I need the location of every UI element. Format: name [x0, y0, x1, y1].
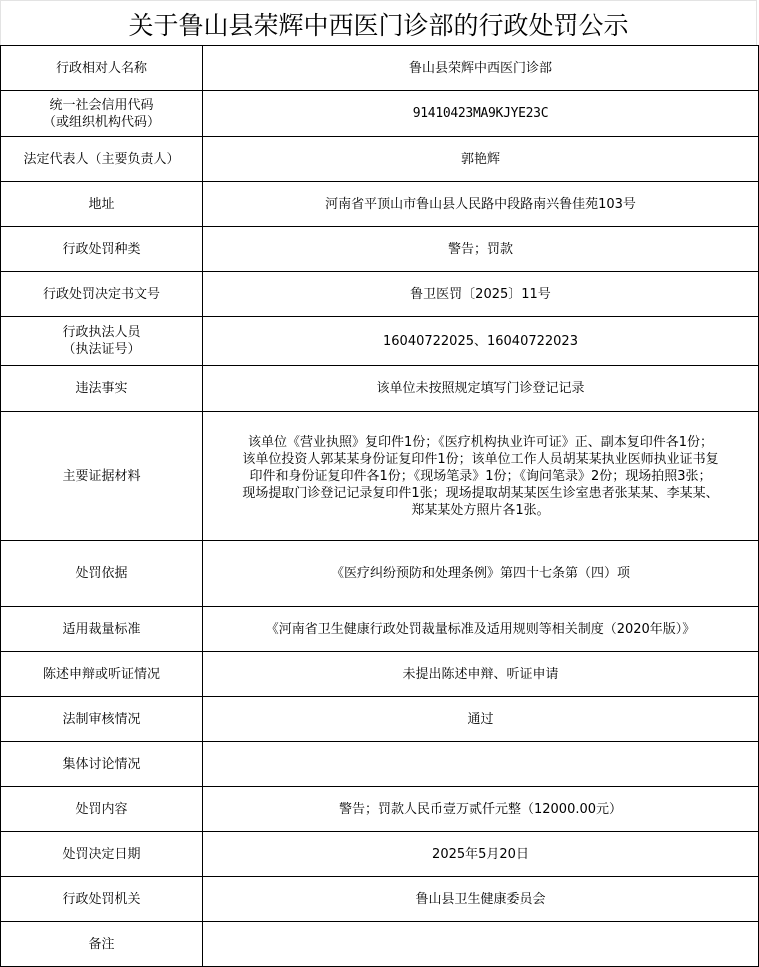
table-row-collective-discussion: 集体讨论情况: [1, 742, 759, 787]
table-row-legal-review: 法制审核情况 通过: [1, 697, 759, 742]
row-label: 适用裁量标准: [1, 607, 203, 652]
row-value: 鲁山县卫生健康委员会: [203, 877, 759, 922]
label-line: （执法证号）: [5, 341, 198, 358]
row-value: 该单位《营业执照》复印件1份；《医疗机构执业许可证》正、副本复印件各1份； 该单…: [203, 412, 759, 541]
row-label: 违法事实: [1, 366, 203, 412]
evidence-line: 郑某某处方照片各1张。: [205, 502, 756, 519]
table-row-legal-basis: 处罚依据 《医疗纠纷预防和处理条例》第四十七条第（四）项: [1, 541, 759, 607]
evidence-line: 印件和身份证复印件各1份；《现场笔录》1份；《询问笔录》2份；现场拍照3张；: [205, 468, 756, 485]
evidence-line: 该单位《营业执照》复印件1份；《医疗机构执业许可证》正、副本复印件各1份；: [205, 434, 756, 451]
row-value: 《医疗纠纷预防和处理条例》第四十七条第（四）项: [203, 541, 759, 607]
table-row-legal-rep: 法定代表人（主要负责人） 郭艳辉: [1, 137, 759, 182]
row-label: 处罚决定日期: [1, 832, 203, 877]
row-value: 2025年5月20日: [203, 832, 759, 877]
row-value: [203, 922, 759, 967]
table-row-evidence: 主要证据材料 该单位《营业执照》复印件1份；《医疗机构执业许可证》正、副本复印件…: [1, 412, 759, 541]
row-value: 通过: [203, 697, 759, 742]
row-value: 《河南省卫生健康行政处罚裁量标准及适用规则等相关制度（2020年版）》: [203, 607, 759, 652]
row-label: 统一社会信用代码 （或组织机构代码）: [1, 91, 203, 137]
table-row-defense-hearing: 陈述申辩或听证情况 未提出陈述申辩、听证申请: [1, 652, 759, 697]
row-value: 鲁卫医罚〔2025〕11号: [203, 272, 759, 317]
row-value: 警告；罚款人民币壹万贰仟元整（12000.00元）: [203, 787, 759, 832]
row-value: 警告；罚款: [203, 227, 759, 272]
row-value: 郭艳辉: [203, 137, 759, 182]
label-line: 行政执法人员: [5, 324, 198, 341]
row-label: 地址: [1, 182, 203, 227]
table-row-discretion-standard: 适用裁量标准 《河南省卫生健康行政处罚裁量标准及适用规则等相关制度（2020年版…: [1, 607, 759, 652]
table-row-remarks: 备注: [1, 922, 759, 967]
row-label: 处罚内容: [1, 787, 203, 832]
table-row-decision-date: 处罚决定日期 2025年5月20日: [1, 832, 759, 877]
row-value: 未提出陈述申辩、听证申请: [203, 652, 759, 697]
table-row-enforcement-officers: 行政执法人员 （执法证号） 16040722025、16040722023: [1, 317, 759, 366]
row-label: 处罚依据: [1, 541, 203, 607]
row-value: 鲁山县荣辉中西医门诊部: [203, 46, 759, 91]
row-value: 16040722025、16040722023: [203, 317, 759, 366]
table-row-penalty-type: 行政处罚种类 警告；罚款: [1, 227, 759, 272]
table-row-violation-facts: 违法事实 该单位未按照规定填写门诊登记记录: [1, 366, 759, 412]
row-value: 河南省平顶山市鲁山县人民路中段路南兴鲁佳苑103号: [203, 182, 759, 227]
row-label: 陈述申辩或听证情况: [1, 652, 203, 697]
penalty-notice-sheet: 关于鲁山县荣辉中西医门诊部的行政处罚公示 行政相对人名称 鲁山县荣辉中西医门诊部…: [0, 0, 759, 967]
row-label: 行政相对人名称: [1, 46, 203, 91]
evidence-line: 该单位投资人郭某某身份证复印件1份；该单位工作人员胡某某执业医师执业证书复: [205, 451, 756, 468]
label-line: 统一社会信用代码: [5, 97, 198, 114]
row-label: 行政处罚种类: [1, 227, 203, 272]
row-label: 行政执法人员 （执法证号）: [1, 317, 203, 366]
row-label: 备注: [1, 922, 203, 967]
row-value: 该单位未按照规定填写门诊登记记录: [203, 366, 759, 412]
table-row-address: 地址 河南省平顶山市鲁山县人民路中段路南兴鲁佳苑103号: [1, 182, 759, 227]
row-value: 91410423MA9KJYE23C: [203, 91, 759, 137]
row-label: 主要证据材料: [1, 412, 203, 541]
table-row-penalty-authority: 行政处罚机关 鲁山县卫生健康委员会: [1, 877, 759, 922]
row-label: 集体讨论情况: [1, 742, 203, 787]
row-label: 行政处罚决定书文号: [1, 272, 203, 317]
table-row-party-name: 行政相对人名称 鲁山县荣辉中西医门诊部: [1, 46, 759, 91]
page-title: 关于鲁山县荣辉中西医门诊部的行政处罚公示: [128, 4, 628, 42]
row-label: 行政处罚机关: [1, 877, 203, 922]
penalty-notice-table: 行政相对人名称 鲁山县荣辉中西医门诊部 统一社会信用代码 （或组织机构代码） 9…: [0, 45, 759, 967]
row-label: 法制审核情况: [1, 697, 203, 742]
table-row-decision-number: 行政处罚决定书文号 鲁卫医罚〔2025〕11号: [1, 272, 759, 317]
evidence-line: 现场提取门诊登记记录复印件1张；现场提取胡某某医生诊室患者张某某、李某某、: [205, 485, 756, 502]
title-row: 关于鲁山县荣辉中西医门诊部的行政处罚公示: [0, 0, 757, 45]
label-line: （或组织机构代码）: [5, 114, 198, 131]
table-row-credit-code: 统一社会信用代码 （或组织机构代码） 91410423MA9KJYE23C: [1, 91, 759, 137]
row-value: [203, 742, 759, 787]
row-label: 法定代表人（主要负责人）: [1, 137, 203, 182]
table-row-penalty-content: 处罚内容 警告；罚款人民币壹万贰仟元整（12000.00元）: [1, 787, 759, 832]
